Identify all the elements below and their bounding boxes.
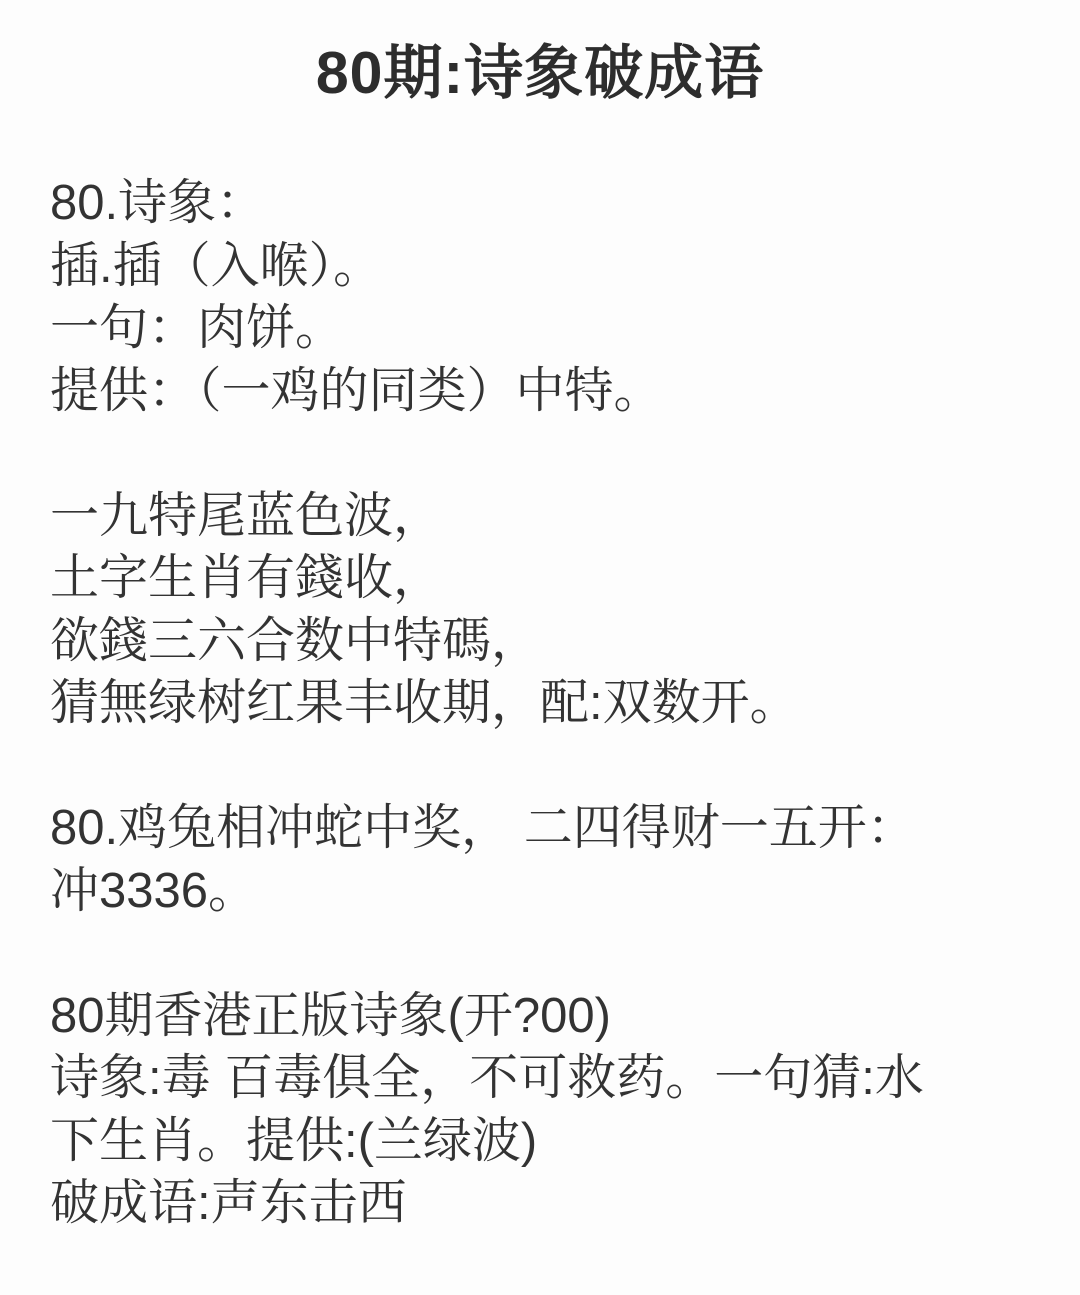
paragraph-poem-intro: 80.诗象： 插.插（入喉）。 一句：肉饼。 提供：（一鸡的同类）中特。 — [50, 172, 1042, 422]
text-line: 插.插（入喉）。 — [50, 235, 1042, 298]
text-line: 下生肖。提供:(兰绿波) — [50, 1110, 1042, 1173]
text-line: 冲3336。 — [50, 860, 1042, 923]
text-line: 土字生肖有錢收， — [50, 547, 1042, 610]
text-line: 诗象:毒 百毒俱全，不可救药。一句猜:水 — [50, 1047, 1042, 1110]
text-line: 80.诗象： — [50, 172, 1042, 235]
text-line: 欲錢三六合数中特碼， — [50, 610, 1042, 673]
page-title: 80期:诗象破成语 — [0, 0, 1080, 110]
text-line: 提供：（一鸡的同类）中特。 — [50, 360, 1042, 423]
paragraph-verse: 一九特尾蓝色波， 土字生肖有錢收， 欲錢三六合数中特碼， 猜無绿树红果丰收期，配… — [50, 485, 1042, 735]
paragraph-hk-version: 80期香港正版诗象(开?00) 诗象:毒 百毒俱全，不可救药。一句猜:水 下生肖… — [50, 985, 1042, 1235]
paragraph-clash-numbers: 80.鸡兔相冲蛇中奖， 二四得财一五开： 冲3336。 — [50, 797, 1042, 922]
text-line: 80期香港正版诗象(开?00) — [50, 985, 1042, 1048]
document-page: 80期:诗象破成语 80.诗象： 插.插（入喉）。 一句：肉饼。 提供：（一鸡的… — [0, 0, 1080, 1295]
text-line: 猜無绿树红果丰收期，配:双数开。 — [50, 672, 1042, 735]
text-line: 一句：肉饼。 — [50, 297, 1042, 360]
text-line: 一九特尾蓝色波， — [50, 485, 1042, 548]
document-body: 80.诗象： 插.插（入喉）。 一句：肉饼。 提供：（一鸡的同类）中特。 一九特… — [0, 172, 1080, 1235]
text-line: 破成语:声东击西 — [50, 1172, 1042, 1235]
text-line: 80.鸡兔相冲蛇中奖， 二四得财一五开： — [50, 797, 1042, 860]
